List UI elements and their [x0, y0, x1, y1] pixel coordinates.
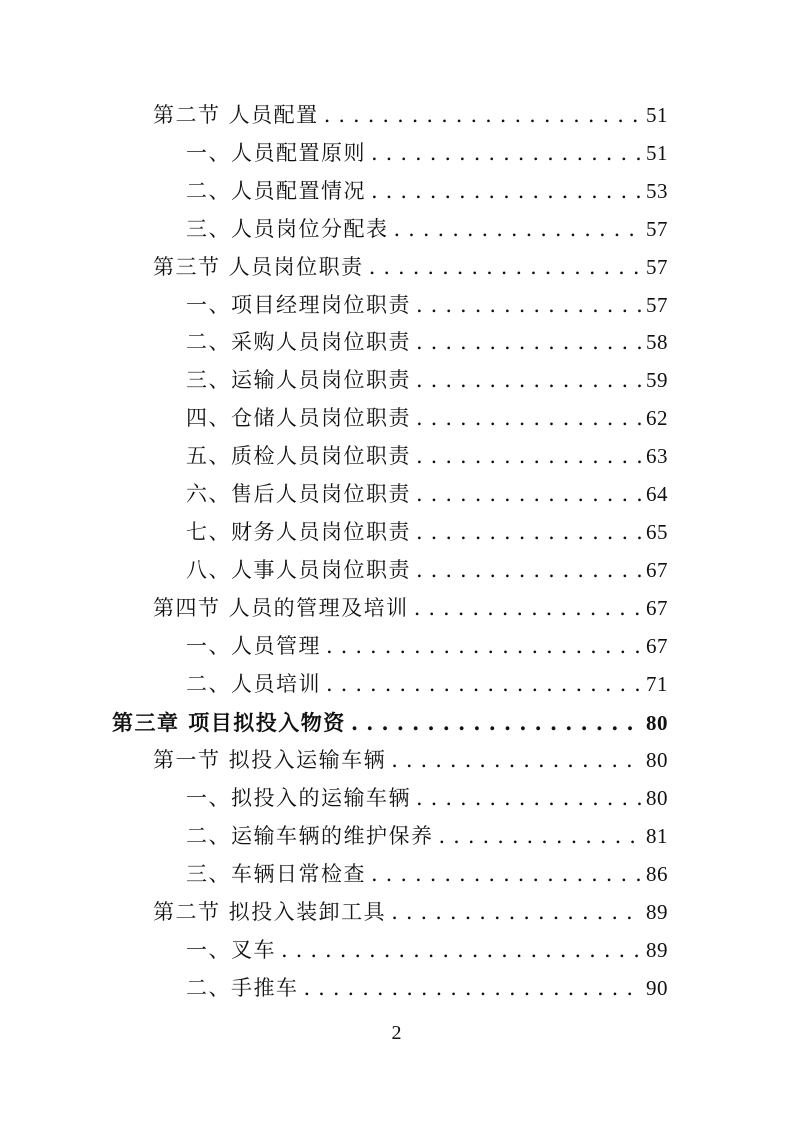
- toc-entry-page: 80: [646, 780, 668, 818]
- toc-entry: 五、质检人员岗位职责 .............................…: [0, 438, 668, 476]
- toc-entry-page: 65: [646, 514, 668, 552]
- toc-entry-page: 63: [646, 438, 668, 476]
- toc-entry-label: 二、采购人员岗位职责: [186, 324, 414, 362]
- dot-leader: ........................................…: [391, 894, 642, 932]
- toc-entry-label: 八、人事人员岗位职责: [186, 552, 414, 590]
- toc-entry-label: 四、仓储人员岗位职责: [186, 400, 414, 438]
- toc-entry: 第四节 人员的管理及培训 ...........................…: [0, 590, 668, 628]
- toc-entry-label: 二、运输车辆的维护保养: [186, 818, 437, 856]
- toc-entry-page: 89: [646, 894, 668, 932]
- toc-entry-label: 三、车辆日常检查: [186, 856, 369, 894]
- toc-entry-label: 三、人员岗位分配表: [186, 211, 392, 249]
- toc-entry-page: 86: [646, 856, 668, 894]
- toc-entry-label: 二、人员配置情况: [186, 173, 369, 211]
- toc-entry: 四、仓储人员岗位职责 .............................…: [0, 400, 668, 438]
- dot-leader: ........................................…: [281, 932, 642, 970]
- toc-entry-page: 59: [646, 362, 668, 400]
- toc-entry-page: 89: [646, 932, 668, 970]
- toc-entry: 二、手推车 ..................................…: [0, 970, 668, 1008]
- dot-leader: ........................................…: [351, 704, 642, 742]
- toc-entry: 八、人事人员岗位职责 .............................…: [0, 552, 668, 590]
- toc-entry-page: 51: [646, 97, 668, 135]
- toc-entry: 二、人员培训 .................................…: [0, 666, 668, 704]
- dot-leader: ........................................…: [416, 438, 642, 476]
- toc-entry-label: 二、手推车: [186, 970, 302, 1008]
- toc-entry-label: 六、售后人员岗位职责: [186, 476, 414, 514]
- dot-leader: ........................................…: [416, 362, 642, 400]
- dot-leader: ........................................…: [394, 211, 643, 249]
- toc-entry-label: 第二节 拟投入装卸工具: [153, 894, 389, 932]
- dot-leader: ........................................…: [416, 552, 642, 590]
- dot-leader: ........................................…: [371, 135, 642, 173]
- dot-leader: ........................................…: [371, 856, 642, 894]
- toc-entry: 二、采购人员岗位职责 .............................…: [0, 324, 668, 362]
- toc-entry: 二、运输车辆的维护保养 ............................…: [0, 818, 668, 856]
- toc-entry-page: 57: [646, 287, 668, 325]
- toc-entry: 三、车辆日常检查 ...............................…: [0, 856, 668, 894]
- toc-entry-label: 一、项目经理岗位职责: [186, 287, 414, 325]
- dot-leader: ........................................…: [369, 249, 642, 287]
- dot-leader: ........................................…: [416, 780, 642, 818]
- dot-leader: ........................................…: [324, 97, 642, 135]
- toc-entry-page: 81: [646, 818, 668, 856]
- toc-entry-page: 67: [646, 552, 668, 590]
- toc-entry-page: 67: [646, 628, 668, 666]
- toc-entry-label: 一、人员配置原则: [186, 135, 369, 173]
- toc-entry-page: 64: [646, 476, 668, 514]
- dot-leader: ........................................…: [416, 514, 642, 552]
- toc-entry: 第三节 人员岗位职责 .............................…: [0, 249, 668, 287]
- toc-entry: 三、人员岗位分配表 ..............................…: [0, 211, 668, 249]
- toc-entry: 一、拟投入的运输车辆 .............................…: [0, 780, 668, 818]
- toc-entry: 三、运输人员岗位职责 .............................…: [0, 362, 668, 400]
- toc-entry-page: 80: [646, 742, 668, 780]
- dot-leader: ........................................…: [439, 818, 643, 856]
- toc-entry-label: 一、叉车: [186, 932, 279, 970]
- toc-entry-label: 第三章 项目拟投入物资: [112, 705, 349, 743]
- toc-entry-label: 七、财务人员岗位职责: [186, 514, 414, 552]
- toc-entry: 一、人员配置原则 ...............................…: [0, 135, 668, 173]
- toc-entry: 第二节 拟投入装卸工具 ............................…: [0, 894, 668, 932]
- toc-entry-page: 67: [646, 590, 668, 628]
- dot-leader: ........................................…: [371, 173, 642, 211]
- dot-leader: ........................................…: [416, 324, 642, 362]
- dot-leader: ........................................…: [416, 476, 642, 514]
- toc-entry-page: 53: [646, 173, 668, 211]
- toc-entry-page: 90: [646, 970, 668, 1008]
- toc-entry-label: 五、质检人员岗位职责: [186, 438, 414, 476]
- toc-entry-page: 57: [646, 211, 668, 249]
- toc-entry-label: 第四节 人员的管理及培训: [153, 590, 412, 628]
- toc-entry-label: 一、人员管理: [186, 628, 324, 666]
- toc-entry: 第一节 拟投入运输车辆 ............................…: [0, 742, 668, 780]
- toc-entry: 七、财务人员岗位职责 .............................…: [0, 514, 668, 552]
- toc-entry: 六、售后人员岗位职责 .............................…: [0, 476, 668, 514]
- toc-entry: 二、人员配置情况 ...............................…: [0, 173, 668, 211]
- dot-leader: ........................................…: [391, 742, 642, 780]
- toc-entry: 一、叉车 ...................................…: [0, 932, 668, 970]
- toc-entry: 一、项目经理岗位职责 .............................…: [0, 287, 668, 325]
- toc-entry-label: 三、运输人员岗位职责: [186, 362, 414, 400]
- document-page: 第二节 人员配置 ...............................…: [0, 0, 793, 1122]
- toc-entry-label: 二、人员培训: [186, 666, 324, 704]
- toc-entry: 第三章 项目拟投入物资 ............................…: [0, 704, 668, 743]
- toc-list: 第二节 人员配置 ...............................…: [0, 97, 668, 1008]
- dot-leader: ........................................…: [414, 590, 642, 628]
- toc-entry-label: 第一节 拟投入运输车辆: [153, 742, 389, 780]
- toc-entry-page: 57: [646, 249, 668, 287]
- toc-entry-page: 71: [646, 666, 668, 704]
- toc-entry-page: 58: [646, 324, 668, 362]
- toc-entry: 第二节 人员配置 ...............................…: [0, 97, 668, 135]
- dot-leader: ........................................…: [326, 628, 642, 666]
- page-footer: 2: [0, 1022, 793, 1045]
- toc-entry-label: 一、拟投入的运输车辆: [186, 780, 414, 818]
- toc-entry: 一、人员管理 .................................…: [0, 628, 668, 666]
- toc-entry-page: 80: [646, 705, 668, 743]
- dot-leader: ........................................…: [304, 970, 643, 1008]
- dot-leader: ........................................…: [416, 400, 642, 438]
- toc-entry-page: 62: [646, 400, 668, 438]
- page-number: 2: [392, 1022, 402, 1044]
- dot-leader: ........................................…: [326, 666, 642, 704]
- toc-entry-label: 第二节 人员配置: [153, 97, 322, 135]
- toc-entry-page: 51: [646, 135, 668, 173]
- dot-leader: ........................................…: [416, 287, 642, 325]
- toc-entry-label: 第三节 人员岗位职责: [153, 249, 367, 287]
